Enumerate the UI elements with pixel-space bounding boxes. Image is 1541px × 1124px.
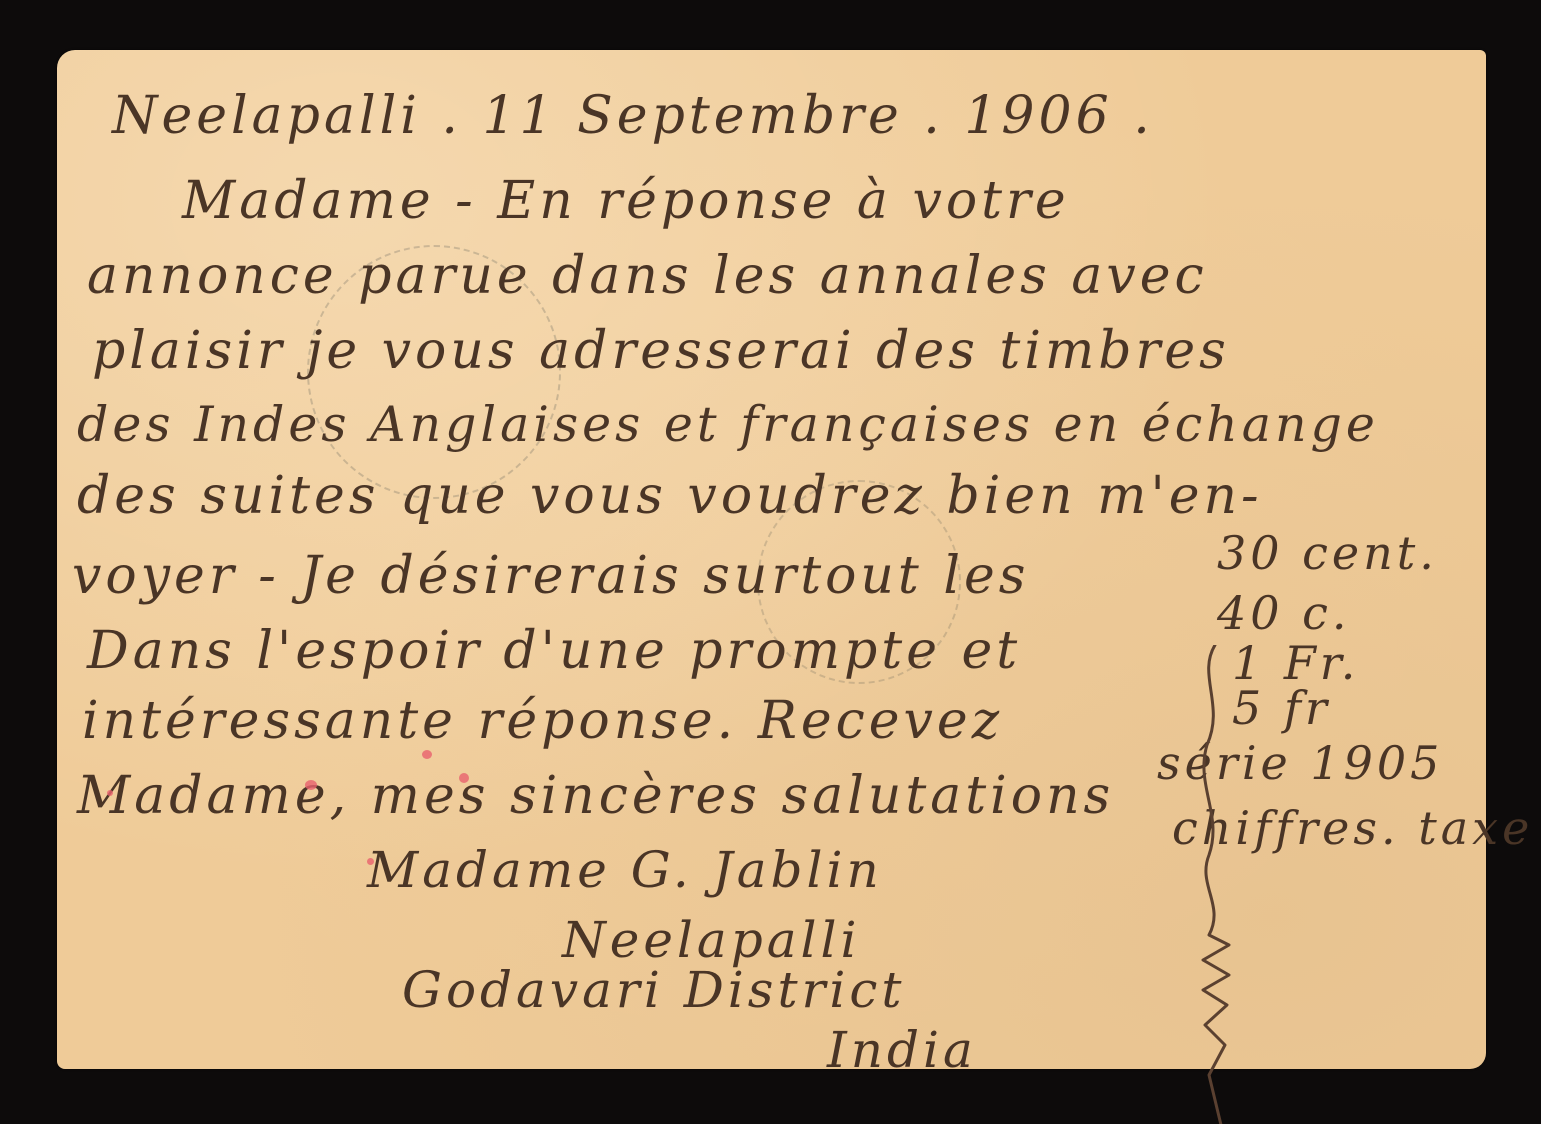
side-item-40-c: 40 c.: [1217, 590, 1351, 636]
body-line-4: des Indes Anglaises et françaises en éch…: [77, 400, 1379, 449]
header-date: 11 Septembre: [482, 86, 902, 146]
body-line-6: voyer - Je désirerais surtout les: [72, 550, 1029, 602]
body-line-2: annonce parue dans les annales avec: [87, 250, 1208, 302]
red-ink-spot: [459, 773, 469, 783]
red-ink-spot: [367, 858, 374, 865]
signature-name: Madame G. Jablin: [367, 845, 883, 895]
body-line-3: plaisir je vous adresserai des timbres: [92, 325, 1230, 377]
header-line: Neelapalli . 11 Septembre . 1906 .: [112, 90, 1154, 142]
body-line-9: Madame, mes sincères salutations: [77, 770, 1114, 822]
red-ink-spot: [305, 780, 317, 790]
side-item-1-fr: 1 Fr.: [1232, 640, 1359, 686]
red-ink-spot: [107, 790, 113, 796]
side-item-30-cent: 30 cent.: [1217, 530, 1438, 576]
red-ink-spot: [422, 750, 432, 759]
postcard: Neelapalli . 11 Septembre . 1906 . Madam…: [57, 50, 1486, 1069]
body-line-7: Dans l'espoir d'une prompte et: [87, 625, 1021, 677]
header-place: Neelapalli: [112, 86, 421, 146]
wavy-divider-line: [1195, 645, 1235, 1124]
address-line-1: Neelapalli: [562, 915, 861, 965]
body-line-8: intéressante réponse. Recevez: [82, 695, 1003, 747]
address-line-2: Godavari District: [402, 965, 906, 1015]
body-line-1: Madame - En réponse à votre: [182, 175, 1070, 227]
side-item-5-fr: 5 fr: [1232, 685, 1331, 731]
header-year: 1906: [964, 86, 1112, 146]
address-line-3: India: [827, 1025, 977, 1075]
body-line-5: des suites que vous voudrez bien m'en-: [77, 470, 1263, 522]
